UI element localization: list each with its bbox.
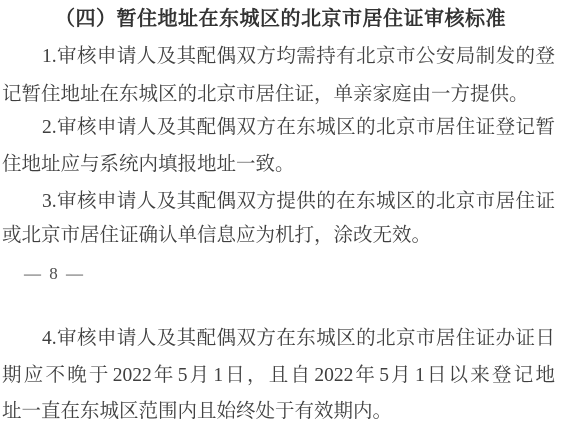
paragraph-4-line-1: 4.审核申请人及其配偶双方在东城区的北京市居住证办证日 bbox=[2, 325, 555, 352]
paragraph-2-line-1: 2.审核申请人及其配偶双方在东城区的北京市居住证登记暂 bbox=[2, 114, 555, 141]
paragraph-4-line-2: 期应不晚于 2022 年 5 月 1 日，且自 2022 年 5 月 1 日以来… bbox=[2, 362, 555, 389]
paragraph-3-line-1: 3.审核申请人及其配偶双方提供的在东城区的北京市居住证 bbox=[2, 188, 555, 215]
section-heading: （四）暂住地址在东城区的北京市居住证审核标准 bbox=[2, 6, 555, 33]
paragraph-2-line-2: 住地址应与系统内填报地址一致。 bbox=[2, 151, 555, 178]
paragraph-3-line-2: 或北京市居住证确认单信息应为机打，涂改无效。 bbox=[2, 222, 555, 249]
page-number: — 8 — bbox=[2, 260, 555, 287]
paragraph-1-line-2: 记暂住地址在东城区的北京市居住证，单亲家庭由一方提供。 bbox=[2, 81, 555, 108]
paragraph-4-line-3: 址一直在东城区范围内且始终处于有效期内。 bbox=[2, 398, 555, 425]
document-page: （四）暂住地址在东城区的北京市居住证审核标准 1.审核申请人及其配偶双方均需持有… bbox=[0, 0, 564, 433]
paragraph-1-line-1: 1.审核申请人及其配偶双方均需持有北京市公安局制发的登 bbox=[2, 43, 555, 70]
